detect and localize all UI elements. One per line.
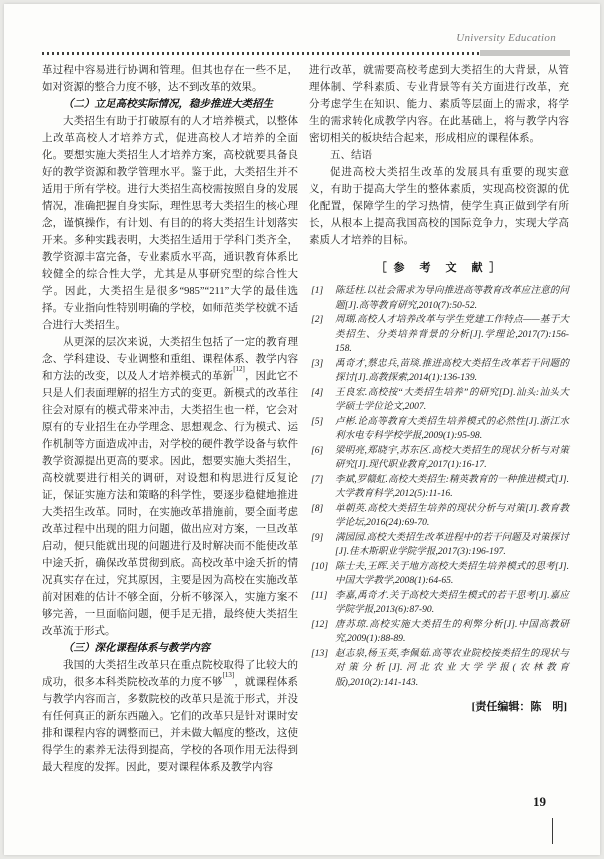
carryover-paragraph: 革过程中容易进行协调和管理。但其也存在一些不足，如对资源的整合力度不够，达不到改… [42, 62, 298, 96]
reference-item: [10]陈士夫,王晖.关于地方高校大类招生培养模式的思考[J].中国大学教学,2… [309, 560, 569, 589]
page-number: 19 [533, 794, 546, 810]
paragraph-text: ，就课程体系与教学内容而言，多数院校的改革只是流于形式，并没有任何真正的新东西融… [42, 677, 298, 773]
reference-item: [1]陈廷柱.以社会需求为导向推进高等教育改革应注意的问题[J].高等教育研究,… [309, 284, 569, 313]
reference-item: [3]禹奇才,蔡忠兵,苗琰.推进高校大类招生改革若干问题的探讨[J].高教探索,… [309, 357, 569, 386]
reference-label: [9] [311, 531, 323, 546]
references-list: [1]陈廷柱.以社会需求为导向推进高等教育改革应注意的问题[J].高等教育研究,… [309, 284, 569, 690]
reference-label: [8] [311, 502, 323, 517]
subsection-heading-2: （二）立足高校实际情况，稳步推进大类招生 [42, 96, 298, 113]
reference-text: 卢彬.论高等教育大类招生培养模式的必然性[J].浙江水利水电专科学校学报,200… [335, 416, 569, 442]
reference-label: [4] [311, 386, 323, 401]
reference-text: 周瑚.高校人才培养改革与学生党建工作特点——基于大类招生、分类培养背景的分析[J… [335, 314, 569, 354]
conclusion-paragraph: 促进高校大类招生改革的发展具有重要的现实意义，有助于提高大学生的整体素质，实现高… [309, 164, 569, 249]
reference-text: 梁明亮,郑晓宇,苏东区.高校大类招生的现状分析与对策研究[J].现代职业教育,2… [335, 445, 569, 471]
right-column: 进行改革，就需要高校考虑到大类招生的大背景，从管理体制、学科素质、专业背景等有关… [309, 62, 569, 716]
reference-text: 王良宏.高校按“大类招生培养”的研究[D].汕头:汕头大学硕士学位论文,2007… [335, 387, 569, 413]
paragraph-text: ，因此它不只是人们表面理解的招生方式的变更。新模式的改革往往会对原有的模式带来冲… [42, 371, 298, 637]
left-column: 革过程中容易进行协调和管理。但其也存在一些不足，如对资源的整合力度不够，达不到改… [42, 62, 298, 776]
reference-item: [7]李斌,罗赣虹.高校大类招生:精英教育的一种推进模式[J].大学教育科学,2… [309, 473, 569, 502]
reference-item: [5]卢彬.论高等教育大类招生培养模式的必然性[J].浙江水利水电专科学校学报,… [309, 415, 569, 444]
reference-item: [8]单朝英.高校大类招生培养的现状分析与对策[J].教育教学论坛,2016(2… [309, 502, 569, 531]
reference-label: [2] [311, 313, 323, 328]
reference-text: 唐苏琼.高校实施大类招生的利弊分析[J].中国高教研究,2009(1):88-8… [335, 619, 569, 645]
reference-label: [6] [311, 444, 323, 459]
references-title: ［ 参 考 文 献 ］ [309, 260, 569, 277]
reference-label: [12] [311, 618, 328, 633]
corner-fold-mark [552, 818, 553, 844]
reference-label: [3] [311, 357, 323, 372]
reference-text: 赵志泉,杨玉英,李佩茹.高等农业院校按类招生的现状与对策分析[J].河北农业大学… [335, 648, 569, 688]
reference-item: [6]梁明亮,郑晓宇,苏东区.高校大类招生的现状分析与对策研究[J].现代职业教… [309, 444, 569, 473]
reference-text: 单朝英.高校大类招生培养的现状分析与对策[J].教育教学论坛,2016(24):… [335, 503, 569, 529]
reference-label: [1] [311, 284, 323, 299]
reference-label: [11] [311, 589, 327, 604]
body-paragraph: 我国的大类招生改革只在重点院校取得了比较大的成功，很多本科类院校改革的力度不够[… [42, 657, 298, 776]
header-dotted-rule [42, 52, 480, 55]
citation-marker-12: [12] [233, 365, 245, 373]
body-paragraph: 从更深的层次来说，大类招生包括了一定的教育理念、学科建设、专业调整和重组、课程体… [42, 334, 298, 640]
reference-text: 陈士夫,王晖.关于地方高校大类招生培养模式的思考[J].中国大学教学,2008(… [335, 561, 569, 587]
reference-item: [11]李嘉,禹奇才.关于高校大类招生模式的若干思考[J].嘉应学院学报,201… [309, 589, 569, 618]
citation-marker-13: [13] [223, 671, 235, 679]
header-gray-bar [480, 50, 570, 56]
reference-item: [9]满园园.高校大类招生改革进程中的若干问题及对策探讨[J].佳木斯职业学院学… [309, 531, 569, 560]
body-paragraph: 大类招生有助于打破原有的人才培养模式，以整体上改革高校人才培养方式，促进高校人才… [42, 113, 298, 334]
reference-text: 禹奇才,蔡忠兵,苗琰.推进高校大类招生改革若干问题的探讨[J].高教探索,201… [335, 358, 569, 384]
reference-label: [10] [311, 560, 328, 575]
reference-item: [4]王良宏.高校按“大类招生培养”的研究[D].汕头:汕头大学硕士学位论文,2… [309, 386, 569, 415]
reference-text: 李嘉,禹奇才.关于高校大类招生模式的若干思考[J].嘉应学院学报,2013(6)… [335, 590, 569, 616]
reference-text: 李斌,罗赣虹.高校大类招生:精英教育的一种推进模式[J].大学教育科学,2012… [335, 474, 569, 500]
carryover-paragraph: 进行改革，就需要高校考虑到大类招生的大背景，从管理体制、学科素质、专业背景等有关… [309, 62, 569, 147]
subsection-heading-3: （三）深化课程体系与教学内容 [42, 640, 298, 657]
reference-label: [13] [311, 647, 328, 662]
journal-running-head: University Education [456, 32, 556, 44]
reference-label: [5] [311, 415, 323, 430]
reference-item: [13]赵志泉,杨玉英,李佩茹.高等农业院校按类招生的现状与对策分析[J].河北… [309, 647, 569, 691]
section-heading-conclusion: 五、结语 [309, 147, 569, 164]
reference-label: [7] [311, 473, 323, 488]
reference-text: 满园园.高校大类招生改革进程中的若干问题及对策探讨[J].佳木斯职业学院学报,2… [335, 532, 569, 558]
reference-item: [12]唐苏琼.高校实施大类招生的利弊分析[J].中国高教研究,2009(1):… [309, 618, 569, 647]
journal-page: University Education 革过程中容易进行协调和管理。但其也存在… [4, 4, 600, 855]
reference-item: [2]周瑚.高校人才培养改革与学生党建工作特点——基于大类招生、分类培养背景的分… [309, 313, 569, 357]
reference-text: 陈廷柱.以社会需求为导向推进高等教育改革应注意的问题[J].高等教育研究,201… [335, 285, 569, 311]
responsible-editor-note: [责任编辑：陈 明] [309, 699, 569, 716]
